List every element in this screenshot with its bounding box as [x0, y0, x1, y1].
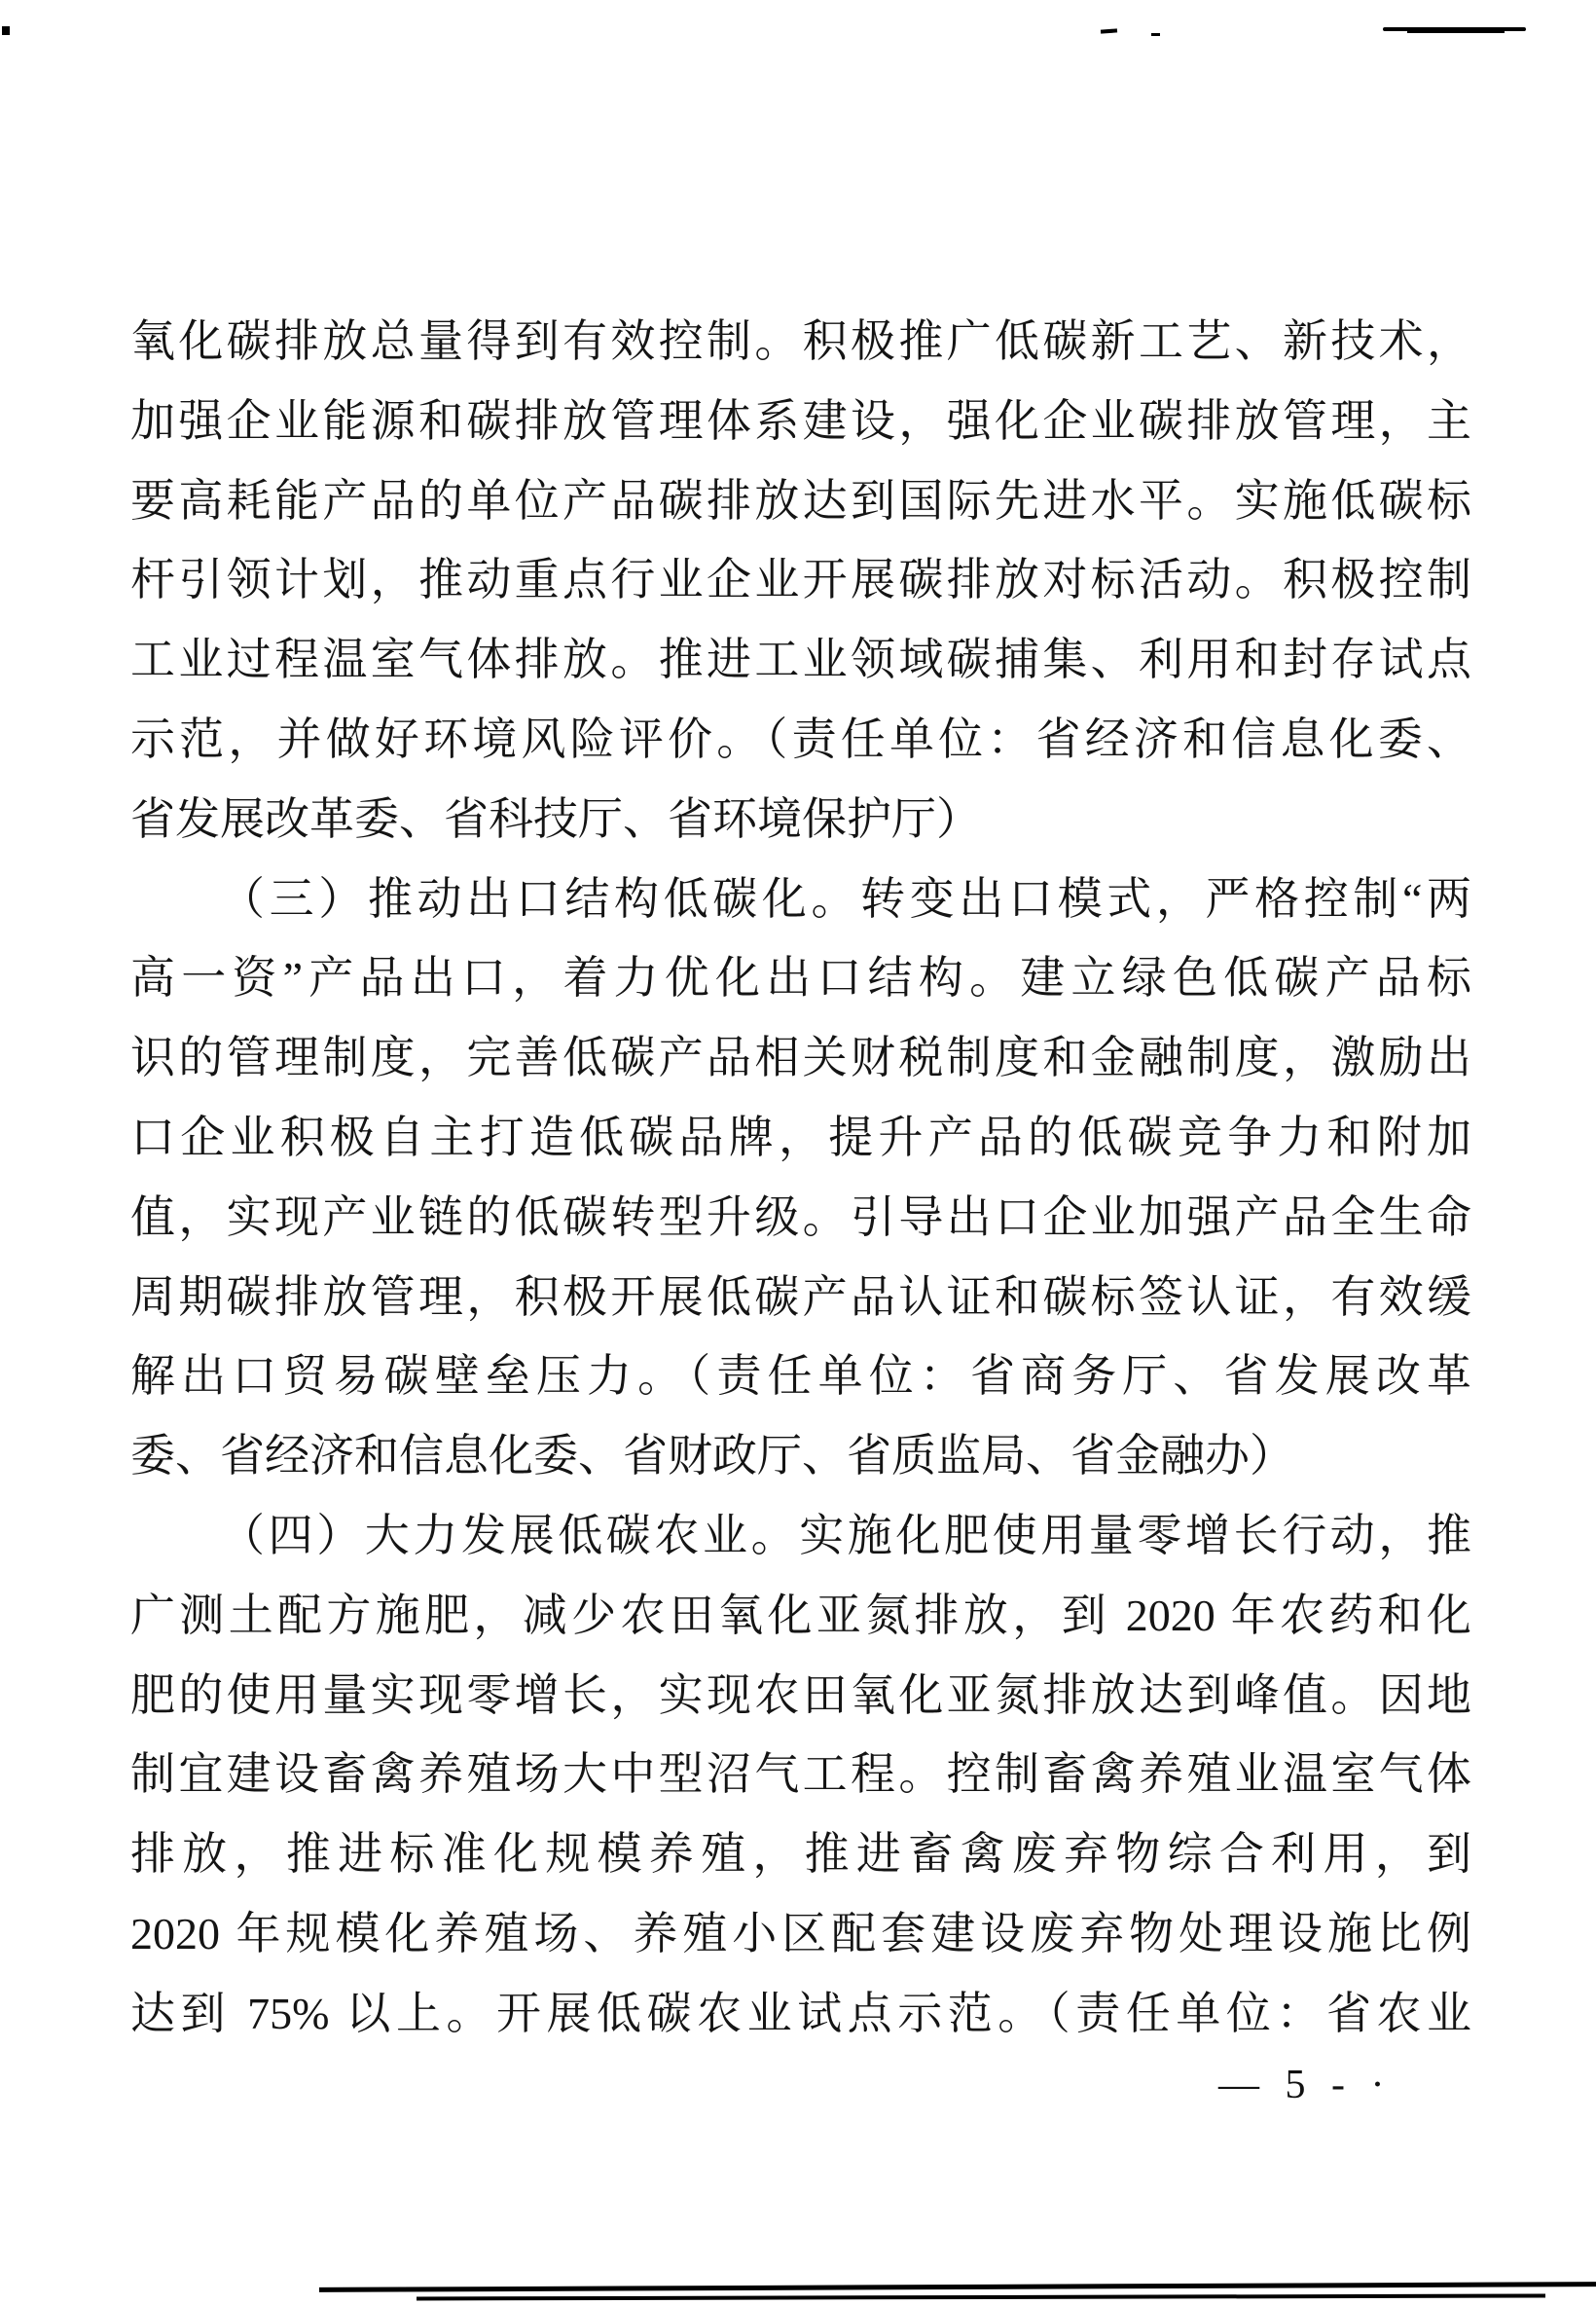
text-line: 达到 75% 以上。开展低碳农业试点示范。（责任单位：省农业 [130, 1974, 1471, 2054]
text-line: 工业过程温室气体排放。推进工业领域碳捕集、利用和封存试点 [130, 620, 1471, 700]
text-line: 高一资”产品出口，着力优化出口结构。建立绿色低碳产品标 [130, 938, 1471, 1018]
scan-artifact-top-left-square [2, 26, 10, 35]
text-line: 识的管理制度，完善低碳产品相关财税制度和金融制度，激励出 [130, 1018, 1471, 1098]
text-line: 示范，并做好环境风险评价。（责任单位：省经济和信息化委、 [130, 700, 1471, 780]
scan-artifact-bottom-line-2 [417, 2293, 1545, 2300]
text-line: （四）大力发展低碳农业。实施化肥使用量零增长行动，推 [130, 1496, 1471, 1576]
text-line: 氧化碳排放总量得到有效控制。积极推广低碳新工艺、新技术， [130, 302, 1471, 382]
text-line: 要高耗能产品的单位产品碳排放达到国际先进水平。实施低碳标 [130, 461, 1471, 541]
scan-artifact-top-dash-2 [1151, 33, 1160, 36]
document-page: 氧化碳排放总量得到有效控制。积极推广低碳新工艺、新技术，加强企业能源和碳排放管理… [0, 0, 1596, 2305]
text-line: 周期碳排放管理，积极开展低碳产品认证和碳标签认证，有效缓 [130, 1258, 1471, 1337]
scan-artifact-top-dash-1 [1101, 28, 1117, 33]
text-line: 制宜建设畜禽养殖场大中型沼气工程。控制畜禽养殖业温室气体 [130, 1735, 1471, 1814]
text-line: 加强企业能源和碳排放管理体系建设，强化企业碳排放管理，主 [130, 382, 1471, 461]
text-line: 肥的使用量实现零增长，实现农田氧化亚氮排放达到峰值。因地 [130, 1656, 1471, 1736]
text-line: 解出口贸易碳壁垒压力。（责任单位：省商务厅、省发展改革 [130, 1336, 1471, 1416]
scan-artifact-top-right-line-shadow [1407, 31, 1505, 33]
text-line: 杆引领计划，推动重点行业企业开展碳排放对标活动。积极控制 [130, 540, 1471, 620]
text-line: 口企业积极自主打造低碳品牌，提升产品的低碳竞争力和附加 [130, 1098, 1471, 1178]
document-body: 氧化碳排放总量得到有效控制。积极推广低碳新工艺、新技术，加强企业能源和碳排放管理… [130, 302, 1471, 2054]
text-line: 省发展改革委、省科技厅、省环境保护厅） [130, 780, 1471, 860]
scan-artifact-bottom-line-1 [319, 2282, 1596, 2292]
text-line: 委、省经济和信息化委、省财政厅、省质监局、省金融办） [130, 1416, 1471, 1496]
text-line: 排放，推进标准化规模养殖，推进畜禽废弃物综合利用，到 [130, 1814, 1471, 1894]
text-line: （三）推动出口结构低碳化。转变出口模式，严格控制“两 [130, 860, 1471, 939]
text-line: 值，实现产业链的低碳转型升级。引导出口企业加强产品全生命 [130, 1178, 1471, 1258]
text-line: 广测土配方施肥，减少农田氧化亚氮排放，到 2020 年农药和化 [130, 1576, 1471, 1656]
text-line: 2020 年规模化养殖场、养殖小区配套建设废弃物处理设施比例 [130, 1894, 1471, 1974]
page-number: — 5 - · [1218, 2062, 1392, 2108]
